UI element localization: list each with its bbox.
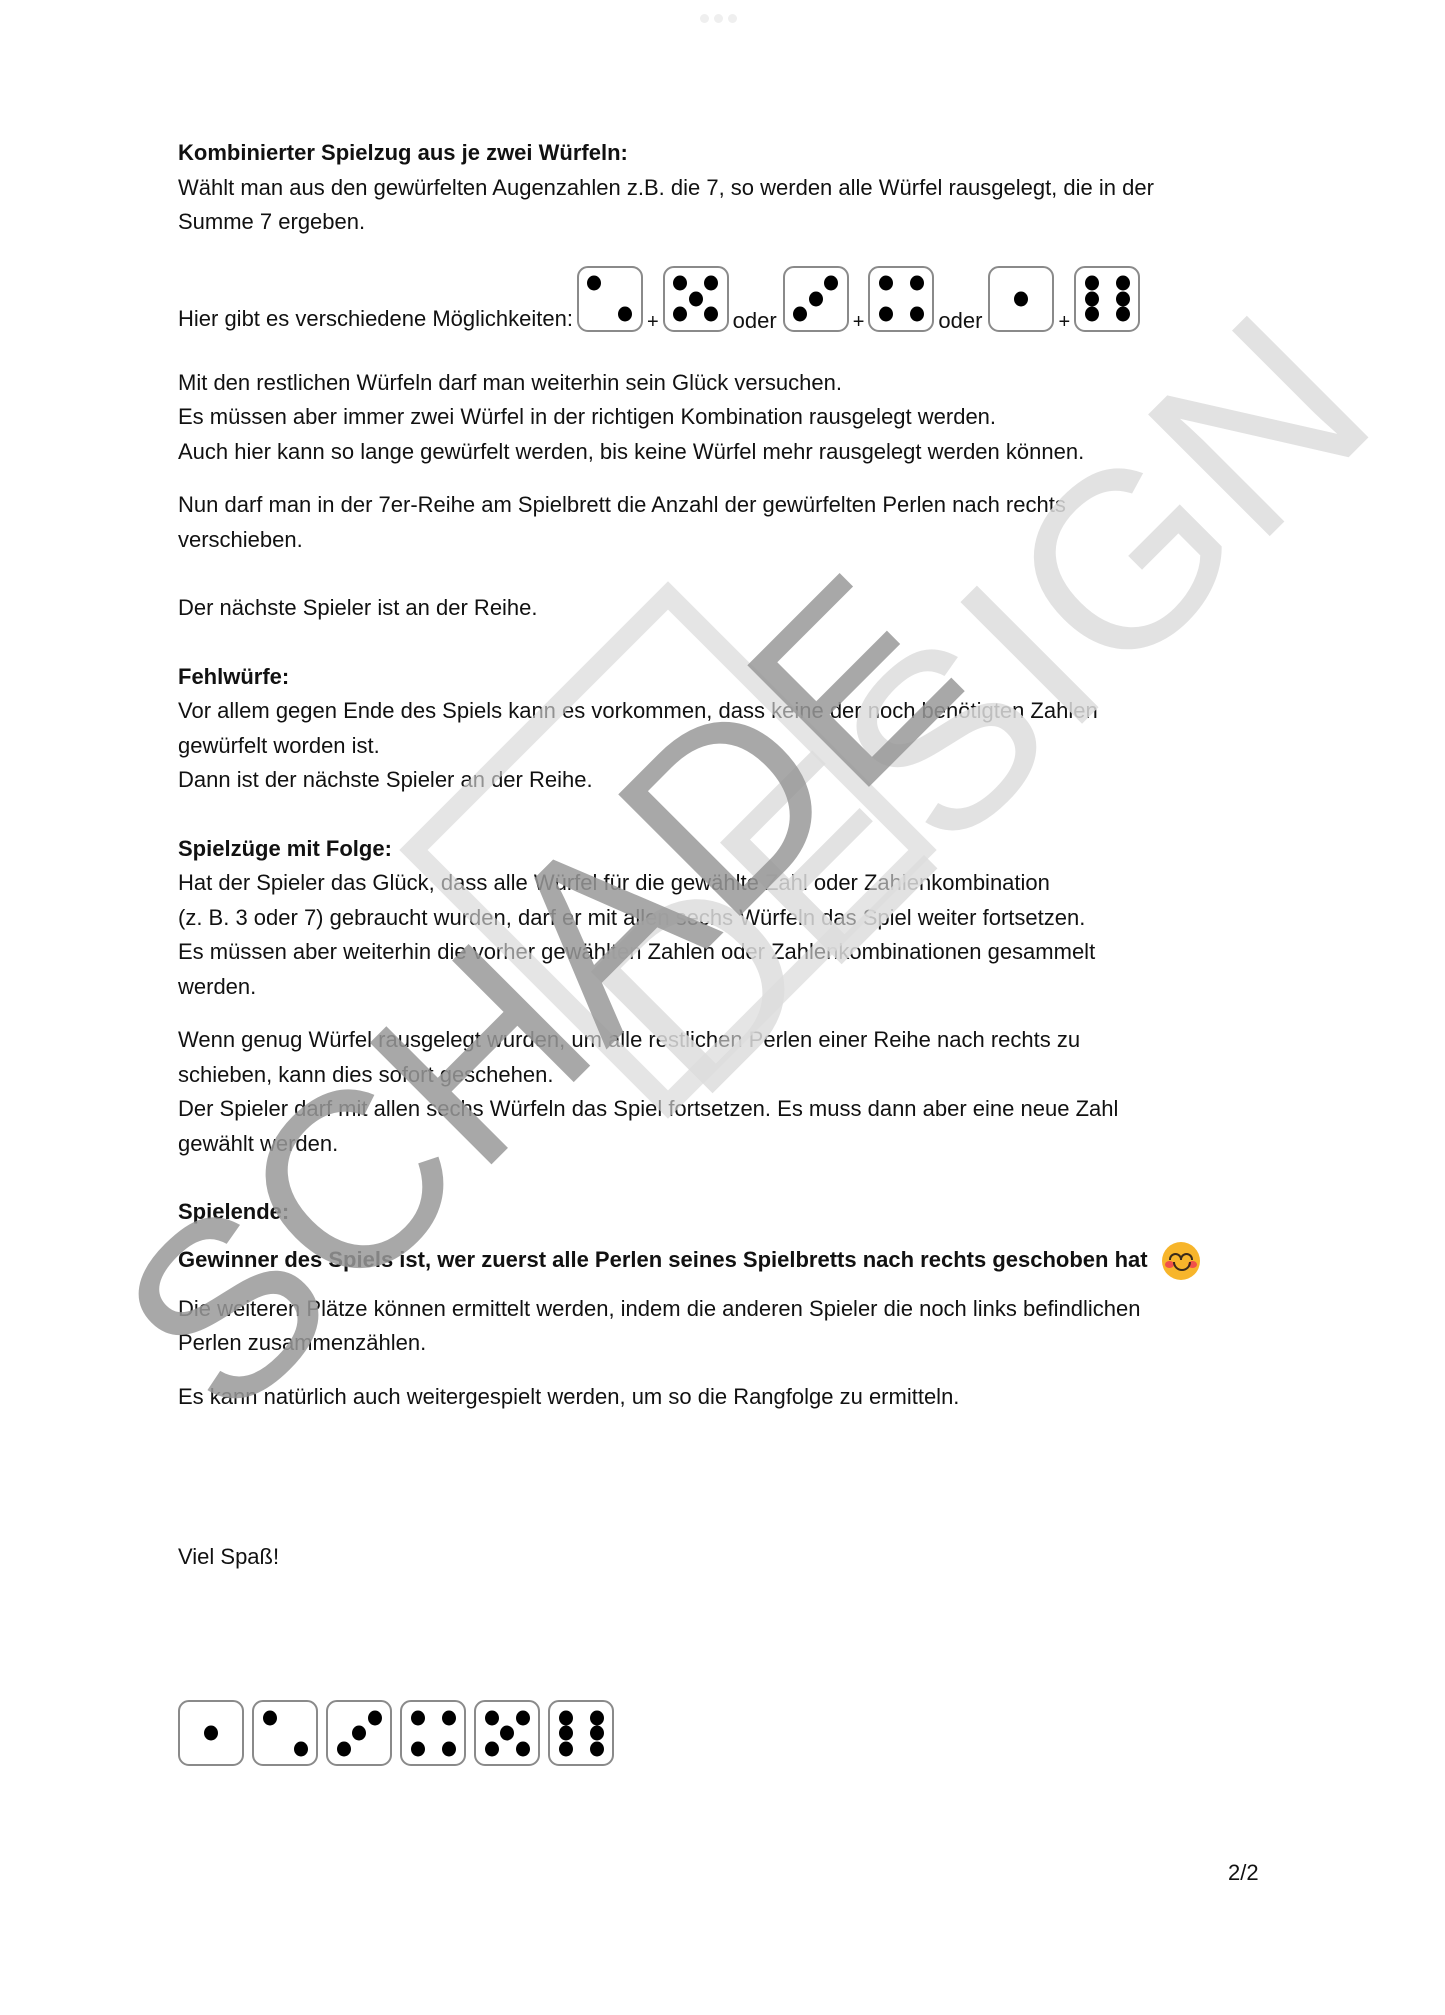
die-icon	[548, 1700, 614, 1766]
die-pip	[368, 1710, 382, 1725]
plus-sign: +	[853, 312, 865, 332]
drag-handle[interactable]	[700, 14, 737, 23]
paragraph-line: Wählt man aus den gewürfelten Augenzahle…	[178, 171, 1258, 206]
die-icon	[178, 1700, 244, 1766]
die-pip	[1116, 291, 1130, 306]
die-pip	[516, 1741, 530, 1756]
die-pip	[559, 1710, 573, 1725]
document-page: Kombinierter Spielzug aus je zwei Würfel…	[0, 0, 1445, 2015]
die-pip	[590, 1710, 604, 1725]
die-pip	[704, 276, 718, 291]
die-icon	[988, 266, 1054, 332]
paragraph-line: Wenn genug Würfel rausgelegt wurden, um …	[178, 1023, 1258, 1058]
die-pip	[1116, 276, 1130, 291]
die-pip	[1116, 307, 1130, 322]
paragraph-line: verschieben.	[178, 523, 1258, 558]
paragraph-line: Die weiteren Plätze können ermittelt wer…	[178, 1292, 1258, 1327]
section-heading-combined: Kombinierter Spielzug aus je zwei Würfel…	[178, 136, 1258, 171]
die-pip	[824, 276, 838, 291]
paragraph-line: werden.	[178, 970, 1258, 1005]
die-pip	[294, 1741, 308, 1756]
die-pip	[1014, 291, 1028, 306]
die-pip	[500, 1726, 514, 1741]
options-label: Hier gibt es verschiedene Möglichkeiten:	[178, 306, 573, 332]
paragraph-line: Nun darf man in der 7er-Reihe am Spielbr…	[178, 488, 1258, 523]
closing-text: Viel Spaß!	[178, 1540, 1258, 1575]
die-icon	[663, 266, 729, 332]
die-icon	[474, 1700, 540, 1766]
die-pip	[673, 276, 687, 291]
die-icon	[868, 266, 934, 332]
die-icon	[400, 1700, 466, 1766]
paragraph-line: Dann ist der nächste Spieler an der Reih…	[178, 763, 1258, 798]
die-pip	[559, 1741, 573, 1756]
paragraph-line: gewürfelt worden ist.	[178, 729, 1258, 764]
plus-sign: +	[1058, 312, 1070, 332]
die-icon	[783, 266, 849, 332]
paragraph-line: Der nächste Spieler ist an der Reihe.	[178, 591, 1258, 626]
paragraph-line: Summe 7 ergeben.	[178, 205, 1258, 240]
die-pip	[1085, 307, 1099, 322]
die-pip	[337, 1741, 351, 1756]
paragraph-line: gewählt werden.	[178, 1127, 1258, 1162]
die-pip	[689, 291, 703, 306]
die-pip	[793, 307, 807, 322]
die-pip	[1085, 276, 1099, 291]
section-heading-misses: Fehlwürfe:	[178, 660, 1258, 695]
die-pip	[910, 307, 924, 322]
die-pip	[411, 1710, 425, 1725]
die-pip	[352, 1726, 366, 1741]
die-pip	[442, 1710, 456, 1725]
paragraph-line: Vor allem gegen Ende des Spiels kann es …	[178, 694, 1258, 729]
paragraph-line: Hat der Spieler das Glück, dass alle Wür…	[178, 866, 1258, 901]
die-pip	[618, 307, 632, 322]
die-pip	[590, 1726, 604, 1741]
die-pip	[442, 1741, 456, 1756]
die-pip	[809, 291, 823, 306]
die-icon	[326, 1700, 392, 1766]
die-pip	[204, 1726, 218, 1741]
die-pip	[485, 1741, 499, 1756]
die-pip	[704, 307, 718, 322]
smiling-face-icon	[1162, 1242, 1200, 1280]
dice-combinations: Hier gibt es verschiedene Möglichkeiten:…	[178, 250, 1258, 332]
section-heading-followup: Spielzüge mit Folge:	[178, 832, 1258, 867]
page-indicator: 2/2	[1228, 1860, 1259, 1886]
document-body: Kombinierter Spielzug aus je zwei Würfel…	[178, 136, 1258, 1575]
die-pip	[910, 276, 924, 291]
die-pip	[1085, 291, 1099, 306]
paragraph-line: Mit den restlichen Würfeln darf man weit…	[178, 366, 1258, 401]
paragraph-line: (z. B. 3 oder 7) gebraucht wurden, darf …	[178, 901, 1258, 936]
die-pip	[590, 1741, 604, 1756]
die-pip	[673, 307, 687, 322]
paragraph-line: Der Spieler darf mit allen sechs Würfeln…	[178, 1092, 1258, 1127]
die-pip	[263, 1710, 277, 1725]
die-pip	[879, 307, 893, 322]
paragraph-line: Perlen zusammenzählen.	[178, 1326, 1258, 1361]
dice-row	[178, 1700, 614, 1766]
die-pip	[411, 1741, 425, 1756]
paragraph-line: schieben, kann dies sofort geschehen.	[178, 1058, 1258, 1093]
die-pip	[559, 1726, 573, 1741]
plus-sign: +	[647, 312, 659, 332]
die-pip	[516, 1710, 530, 1725]
die-icon	[577, 266, 643, 332]
or-label: oder	[733, 310, 777, 332]
or-label: oder	[938, 310, 982, 332]
die-icon	[1074, 266, 1140, 332]
winner-text: Gewinner des Spiels ist, wer zuerst alle…	[178, 1243, 1148, 1278]
die-pip	[879, 276, 893, 291]
paragraph-line: Auch hier kann so lange gewürfelt werden…	[178, 435, 1258, 470]
die-pip	[587, 276, 601, 291]
section-heading-end: Spielende:	[178, 1195, 1258, 1230]
paragraph-line: Es kann natürlich auch weitergespielt we…	[178, 1380, 1258, 1415]
winner-statement: Gewinner des Spiels ist, wer zuerst alle…	[178, 1242, 1258, 1280]
paragraph-line: Es müssen aber weiterhin die vorher gewä…	[178, 935, 1258, 970]
paragraph-line: Es müssen aber immer zwei Würfel in der …	[178, 400, 1258, 435]
die-icon	[252, 1700, 318, 1766]
die-pip	[485, 1710, 499, 1725]
